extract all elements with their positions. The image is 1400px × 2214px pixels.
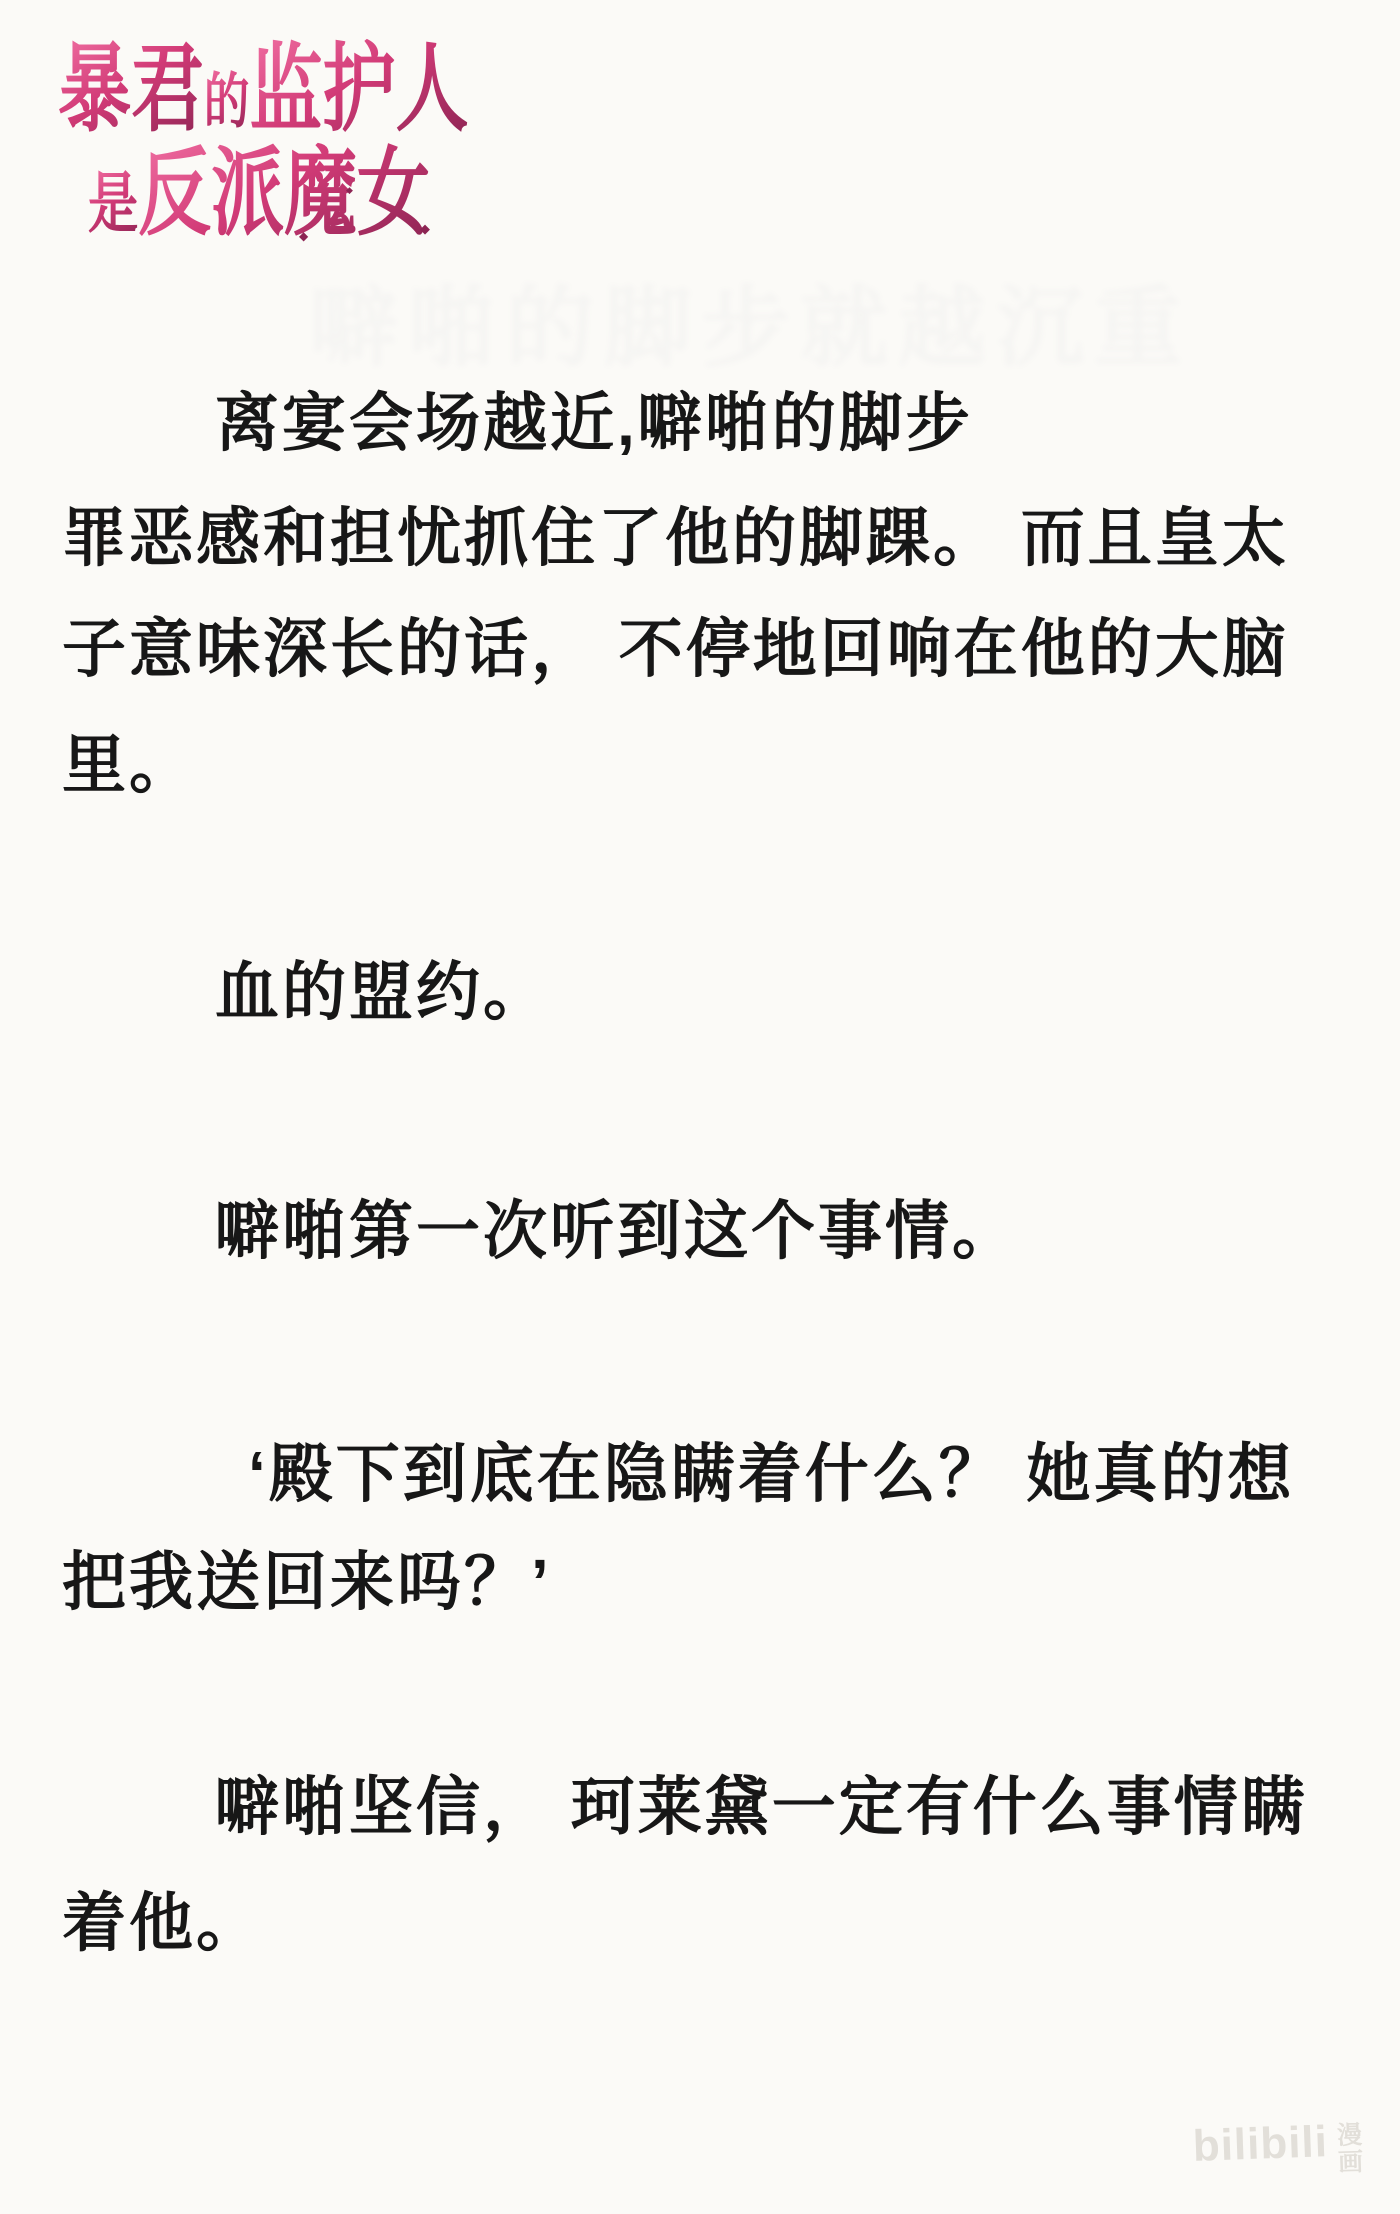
text-line: 罪恶感和担忧抓住了他的脚踝。 而且皇太: [62, 503, 1289, 573]
logo-text: 反派魔女: [138, 140, 430, 247]
logo-text: 是: [88, 168, 138, 241]
bilibili-logo-text: bilibili: [1192, 2120, 1329, 2169]
text-line: 噼啪第一次听到这个事情。: [215, 1196, 1019, 1266]
text-line: 离宴会场越近,噼啪的脚步: [215, 388, 973, 458]
manga-label-text: 漫画: [1334, 2121, 1361, 2176]
text-line: 血的盟约。: [215, 957, 550, 1027]
logo-text: 监护人: [250, 36, 469, 143]
logo-text: 暴君: [58, 36, 204, 143]
series-logo-line-1: 暴君的监护人: [58, 42, 468, 138]
ghost-bleed-text: 噼啪的脚步就越沉重: [310, 258, 1192, 384]
logo-ornament-diamond-icon: ◆: [299, 230, 308, 242]
text-line: ‘殿下到底在隐瞒着什么？ 她真的想: [248, 1439, 1295, 1509]
text-line: 子意味深长的话， 不停地回响在他的大脑: [62, 614, 1289, 684]
text-line: 把我送回来吗？’: [62, 1547, 552, 1617]
text-line: 噼啪坚信， 珂莱黛一定有什么事情瞒: [215, 1772, 1308, 1842]
logo-ornament-diamond-icon: ◆: [420, 222, 430, 235]
bilibili-manga-watermark: bilibili 漫画: [1192, 2119, 1361, 2181]
logo-ornament-diamond-icon: ◆: [346, 186, 353, 195]
text-line: 里。: [62, 730, 196, 800]
series-logo-line-2: 是反派魔女: [88, 146, 430, 242]
text-line: 着他。: [62, 1888, 263, 1958]
logo-text: 的: [204, 69, 250, 135]
manga-text-page: 暴君的监护人 是反派魔女 ◆ ◆ ◆ 噼啪的脚步就越沉重 离宴会场越近,噼啪的脚…: [0, 0, 1400, 2214]
